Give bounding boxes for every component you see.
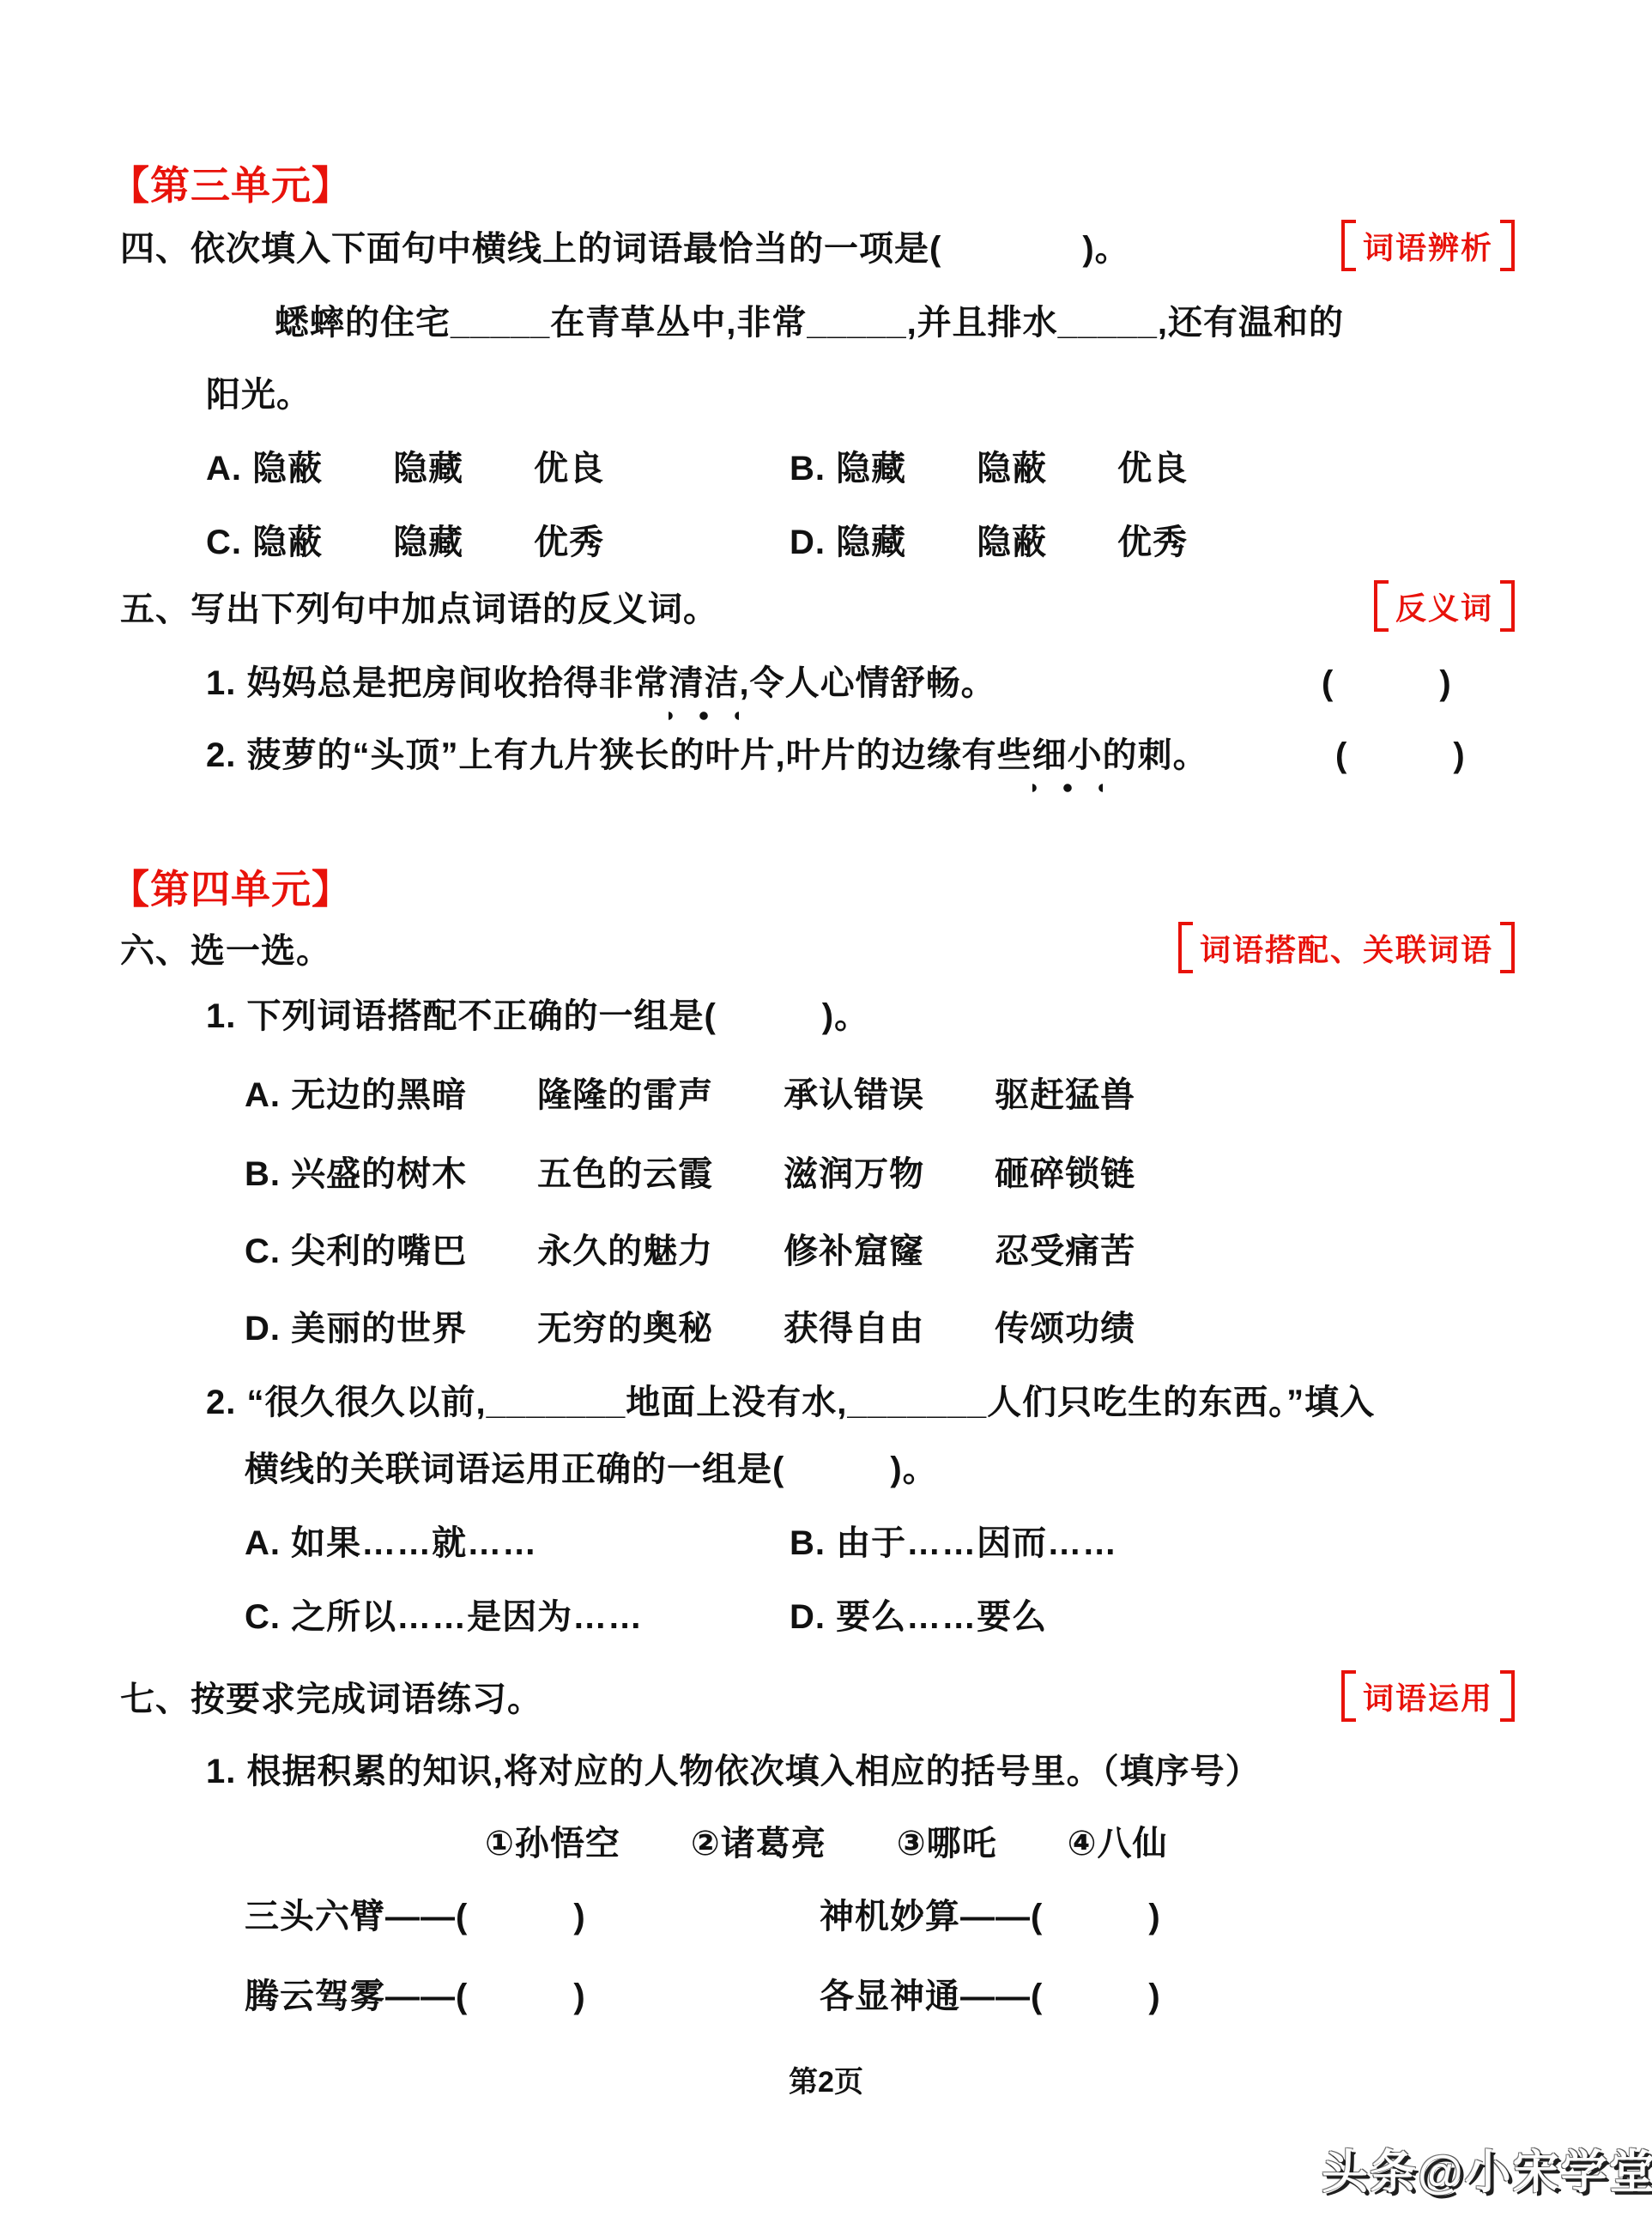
q7-category-tag: 词语运用 (1341, 1670, 1515, 1722)
tag-left-bracket-icon (1374, 580, 1389, 632)
q4-passage-line1: 蟋蟀的住宅_____在青草丛中,非常_____,并且排水_____,还有温和的 (275, 299, 1344, 347)
tag-left-bracket-icon (1178, 922, 1193, 973)
q6-sub1-option-c: C. 尖利的嘴巴 永久的魅力 修补窟窿 忍受痛苦 (245, 1227, 1135, 1275)
q4-option-c: C. 隐蔽 隐藏 优秀 (206, 518, 604, 566)
q7-tag-label: 词语运用 (1356, 1675, 1500, 1718)
q6-category-tag: 词语搭配、关联词语 (1178, 922, 1515, 973)
q6-sub2-line2: 横线的关联词语运用正确的一组是( )。 (245, 1445, 938, 1493)
section4-heading: 【第四单元】 (110, 858, 352, 915)
tag-right-bracket-icon (1500, 220, 1515, 271)
q6-sub2-option-a: A. 如果……就…… (245, 1519, 537, 1567)
worksheet-page: 【第三单元】 四、依次填入下面句中横线上的词语最恰当的一项是( )。 词语辨析 … (0, 0, 1652, 2217)
q7-sub1-title: 1. 根据积累的知识,将对应的人物依次填入相应的括号里。（填序号） (206, 1748, 1261, 1796)
q5-item-1-emphasized-word: 清洁 (669, 659, 739, 707)
section3-heading: 【第三单元】 (110, 154, 352, 211)
q6-title: 六、选一选。 (120, 927, 331, 975)
q7-pair-2: 神机妙算——( ) (820, 1893, 1161, 1941)
q5-item-1: 1. 妈妈总是把房间收拾得非常清洁,令人心情舒畅。 (206, 659, 996, 707)
q5-item-2-post: 的刺。 (1103, 736, 1208, 774)
q4-passage-line2: 阳光。 (206, 371, 312, 419)
q6-sub1-option-d: D. 美丽的世界 无穷的奥秘 获得自由 传颂功绩 (245, 1305, 1135, 1353)
q4-option-d: D. 隐藏 隐蔽 优秀 (790, 518, 1188, 566)
q5-item-1-answer-blank: ( ) (1322, 659, 1452, 707)
q5-item-2: 2. 菠萝的“头顶”上有九片狭长的叶片,叶片的边缘有些细小的刺。 (206, 731, 1208, 779)
tag-right-bracket-icon (1500, 580, 1515, 632)
q5-item-2-pre: 2. 菠萝的“头顶”上有九片狭长的叶片,叶片的边缘有些 (206, 736, 1032, 774)
q6-sub2-option-d: D. 要么……要么 (790, 1593, 1047, 1641)
q6-sub2-line1: 2. “很久很久以前,_______地面上没有水,_______人们只吃生的东西… (206, 1378, 1375, 1427)
q5-item-2-answer-blank: ( ) (1335, 731, 1466, 779)
q4-option-a: A. 隐蔽 隐藏 优良 (206, 445, 604, 493)
q6-sub2-option-c: C. 之所以……是因为…… (245, 1593, 643, 1641)
q4-title: 四、依次填入下面句中横线上的词语最恰当的一项是( )。 (120, 225, 1130, 273)
q5-item-1-pre: 1. 妈妈总是把房间收拾得非常 (206, 664, 669, 702)
q6-sub1-option-a: A. 无边的黑暗 隆隆的雷声 承认错误 驱赶猛兽 (245, 1071, 1135, 1119)
q7-pair-4: 各显神通——( ) (820, 1972, 1161, 2020)
watermark: 头条@小宋学堂 (1322, 2135, 1652, 2202)
q5-category-tag: 反义词 (1374, 580, 1515, 632)
q4-option-b: B. 隐藏 隐蔽 优良 (790, 445, 1188, 493)
q5-tag-label: 反义词 (1389, 585, 1500, 628)
q6-sub1-title: 1. 下列词语搭配不正确的一组是( )。 (206, 992, 869, 1040)
q5-title: 五、写出下列句中加点词语的反义词。 (120, 585, 718, 633)
tag-right-bracket-icon (1500, 1670, 1515, 1722)
page-number: 第2页 (789, 2058, 863, 2100)
tag-left-bracket-icon (1341, 220, 1356, 271)
q7-title: 七、按要求完成词语练习。 (120, 1675, 542, 1723)
q6-tag-label: 词语搭配、关联词语 (1193, 926, 1500, 970)
q5-item-2-emphasized-word: 细小 (1032, 731, 1103, 779)
q7-choices-row: ①孙悟空 ②诸葛亮 ③哪吒 ④八仙 (485, 1820, 1167, 1868)
q7-pair-1: 三头六臂——( ) (245, 1893, 586, 1941)
q4-tag-label: 词语辨析 (1356, 224, 1500, 268)
q4-category-tag: 词语辨析 (1341, 220, 1515, 271)
q6-sub1-option-b: B. 兴盛的树木 五色的云霞 滋润万物 砸碎锁链 (245, 1150, 1135, 1198)
q7-pair-3: 腾云驾雾——( ) (245, 1972, 586, 2020)
q5-item-1-post: ,令人心情舒畅。 (739, 664, 995, 702)
tag-right-bracket-icon (1500, 922, 1515, 973)
tag-left-bracket-icon (1341, 1670, 1356, 1722)
q6-sub2-option-b: B. 由于……因而…… (790, 1519, 1117, 1567)
